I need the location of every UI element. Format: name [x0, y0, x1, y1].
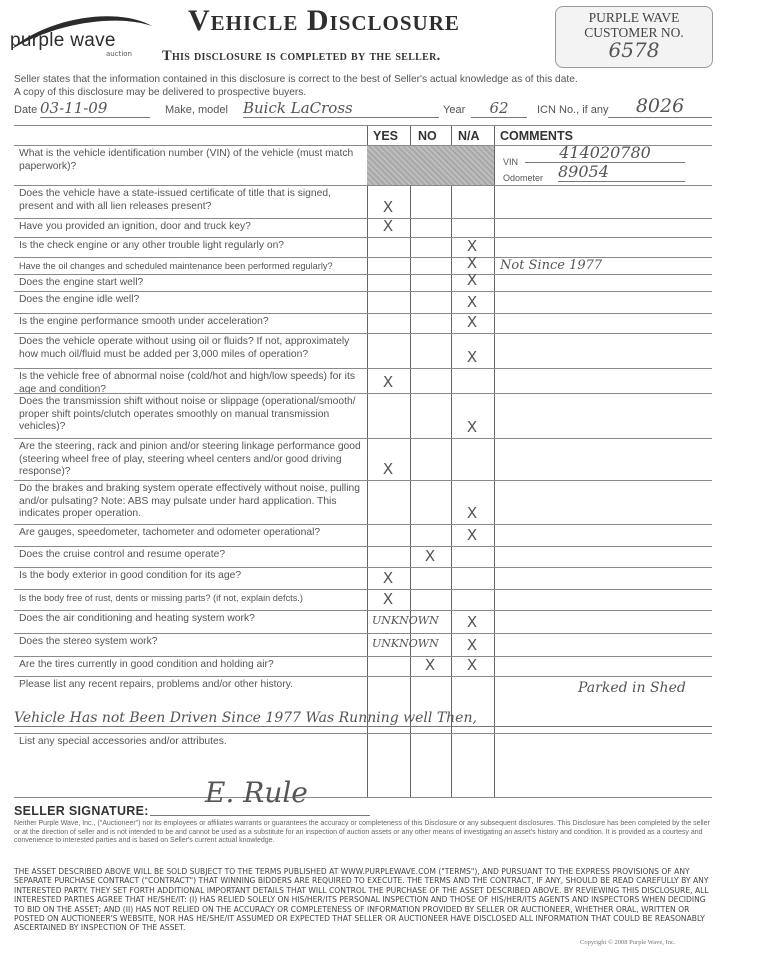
page-subtitle: This disclosure is completed by the sell… — [162, 48, 441, 65]
customer-number-field[interactable]: 6578 — [556, 38, 712, 62]
table-row-question: Is the engine performance smooth under a… — [19, 316, 367, 329]
checkbox-yes[interactable]: X — [383, 460, 393, 478]
checkbox-na[interactable]: X — [467, 526, 477, 544]
divider — [14, 237, 712, 238]
checkbox-no[interactable]: X — [425, 547, 435, 565]
disclaimer-text: Neither Purple Wave, Inc., ("Auctioneer"… — [14, 820, 714, 846]
table-row-question: Does the cruise control and resume opera… — [19, 549, 367, 562]
icn-field[interactable]: 8026 — [608, 95, 712, 118]
table-row-question: Have you provided an ignition, door and … — [19, 221, 367, 234]
terms-text: The asset described above will be sold s… — [14, 867, 714, 933]
divider — [14, 125, 712, 126]
table-row-question: Is the body exterior in good condition f… — [19, 570, 367, 583]
table-row-question: Have the oil changes and scheduled maint… — [19, 260, 367, 273]
divider — [14, 185, 712, 186]
make-model-label: Make, model — [165, 104, 228, 116]
divider — [14, 480, 712, 481]
checkbox-na[interactable]: X — [467, 254, 477, 272]
table-row-question: Does the stereo system work? — [19, 636, 367, 649]
statement-line-1: Seller states that the information conta… — [14, 74, 578, 87]
column-header-na: N/A — [458, 129, 480, 143]
checkbox-yes[interactable]: X — [383, 590, 393, 608]
vin-field[interactable]: 414020780 — [525, 143, 685, 163]
history-field[interactable]: Vehicle Has not Been Driven Since 1977 W… — [14, 710, 712, 727]
history-note-right[interactable]: Parked in Shed — [578, 680, 686, 696]
checkbox-na[interactable]: X — [467, 293, 477, 311]
divider — [14, 313, 712, 314]
purple-wave-logo: purple wave auction — [6, 8, 154, 58]
divider — [14, 656, 712, 657]
checkbox-na[interactable]: X — [467, 656, 477, 674]
column-header-comments: COMMENTS — [500, 129, 573, 143]
table-row-question: Does the vehicle operate without using o… — [19, 336, 367, 361]
column-header-no: NO — [418, 129, 437, 143]
statement-line-2: A copy of this disclosure may be deliver… — [14, 87, 578, 100]
divider — [14, 368, 712, 369]
table-row-question: Does the engine idle well? — [19, 294, 367, 307]
divider — [367, 125, 368, 797]
unknown-note[interactable]: UNKNOWN — [372, 614, 439, 627]
date-label: Date — [14, 104, 37, 116]
logo-wordmark: purple wave — [10, 30, 116, 52]
checkbox-no[interactable]: X — [425, 656, 435, 674]
row-comment[interactable]: Not Since 1977 — [500, 258, 602, 273]
divider — [14, 589, 712, 590]
checkbox-yes[interactable]: X — [383, 198, 393, 216]
table-row-question: Are the steering, rack and pinion and/or… — [19, 441, 367, 479]
table-row-question: Is the body free of rust, dents or missi… — [19, 592, 367, 605]
checkbox-na[interactable]: X — [467, 348, 477, 366]
checkbox-na[interactable]: X — [467, 504, 477, 522]
accessories-label: List any special accessories and/or attr… — [19, 736, 367, 749]
make-model-field[interactable]: Buick LaCross — [243, 99, 439, 118]
table-row-question: Does the air conditioning and heating sy… — [19, 613, 367, 626]
logo-subtext: auction — [106, 50, 132, 58]
odometer-label: Odometer — [503, 173, 543, 183]
divider — [14, 524, 712, 525]
year-label: Year — [443, 104, 465, 116]
divider — [14, 733, 712, 734]
checkbox-na[interactable]: X — [467, 613, 477, 631]
column-header-yes: YES — [373, 129, 398, 143]
divider — [14, 438, 712, 439]
checkbox-yes[interactable]: X — [383, 373, 393, 391]
vin-label: VIN — [503, 157, 518, 167]
table-row-question: Are gauges, speedometer, tachometer and … — [19, 527, 367, 540]
divider — [410, 125, 411, 797]
checkbox-yes[interactable]: X — [383, 217, 393, 235]
divider — [14, 333, 712, 334]
unknown-note[interactable]: UNKNOWN — [372, 637, 439, 650]
table-row-question: Do the brakes and braking system operate… — [19, 483, 367, 521]
vin-shaded-cells — [367, 145, 494, 185]
customer-box-line1: PURPLE WAVE — [556, 10, 712, 25]
table-row-question: What is the vehicle identification numbe… — [19, 148, 367, 173]
divider — [14, 291, 712, 292]
table-row-question: Does the engine start well? — [19, 277, 367, 290]
table-row-question: Is the check engine or any other trouble… — [19, 240, 367, 253]
customer-number-box: PURPLE WAVE CUSTOMER NO. 6578 — [555, 6, 713, 68]
divider — [14, 145, 712, 146]
checkbox-na[interactable]: X — [467, 271, 477, 289]
divider — [14, 218, 712, 219]
divider — [14, 676, 712, 677]
table-row-question: Are the tires currently in good conditio… — [19, 659, 367, 672]
seller-signature-field[interactable]: E. Rule — [205, 776, 308, 809]
year-field[interactable]: 62 — [471, 99, 527, 118]
divider — [14, 633, 712, 634]
divider — [14, 393, 712, 394]
date-field[interactable]: 03-11-09 — [40, 99, 150, 118]
divider — [451, 125, 452, 797]
checkbox-na[interactable]: X — [467, 237, 477, 255]
checkbox-na[interactable]: X — [467, 418, 477, 436]
table-row-question: Does the vehicle have a state-issued cer… — [19, 188, 367, 213]
checkbox-na[interactable]: X — [467, 313, 477, 331]
divider — [14, 274, 712, 275]
divider — [494, 125, 495, 797]
copyright-text: Copyright © 2008 Purple Wave, Inc. — [580, 939, 675, 946]
table-row-question: Does the transmission shift without nois… — [19, 396, 367, 434]
divider — [14, 546, 712, 547]
icn-label: ICN No., if any — [537, 104, 609, 116]
odometer-field[interactable]: 89054 — [558, 162, 685, 182]
history-label: Please list any recent repairs, problems… — [19, 679, 367, 692]
checkbox-yes[interactable]: X — [383, 569, 393, 587]
divider — [14, 610, 712, 611]
seller-signature-label: SELLER SIGNATURE: — [14, 804, 149, 818]
divider — [14, 257, 712, 258]
page-title: Vehicle Disclosure — [188, 4, 460, 38]
seller-statement: Seller states that the information conta… — [14, 74, 578, 99]
checkbox-na[interactable]: X — [467, 636, 477, 654]
divider — [14, 567, 712, 568]
signature-line — [150, 815, 370, 816]
divider — [14, 797, 712, 798]
